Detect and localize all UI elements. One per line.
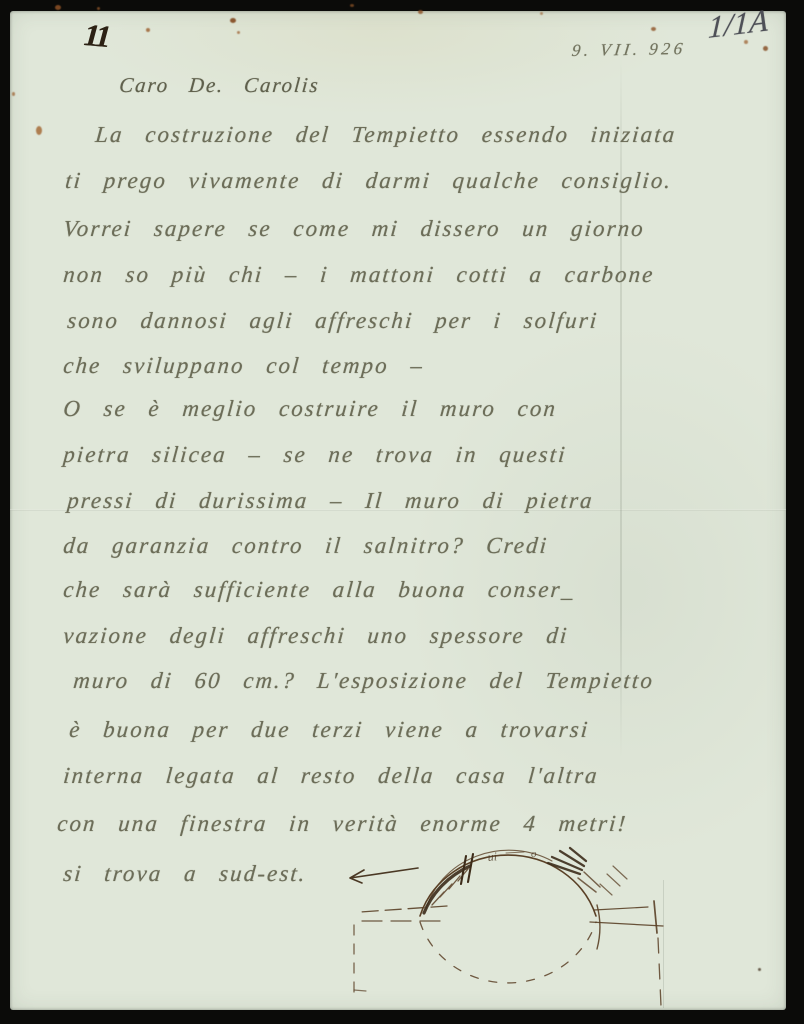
letter-line: è buona per due terzi viene a trovarsi (68, 715, 591, 745)
letter-line: sono dannosi agli affreschi per i solfur… (66, 306, 600, 336)
foxing-spot (540, 12, 543, 15)
arc-scribble: o (531, 848, 537, 860)
page-number-mark: 1/1A (707, 2, 769, 46)
arrow-icon (350, 868, 418, 883)
foxing-spot (36, 126, 42, 135)
foxing-spot (12, 92, 15, 96)
tempietto-plan-sketch: ui o (320, 840, 804, 1012)
foxing-spot (237, 31, 240, 34)
letter-line: da garanzia contro il salnitro? Credi (62, 531, 549, 561)
letter-line: che sarà sufficiente alla buona conser_ (62, 575, 577, 605)
letter-line: vazione degli affreschi uno spessore di (62, 621, 570, 651)
foxing-spot (418, 10, 423, 14)
letter-line: O se è meglio costruire il muro con (62, 394, 558, 424)
arc-scribble: ui (487, 849, 498, 864)
foxing-spot (55, 5, 61, 10)
foxing-spot (763, 46, 768, 51)
letter-line: con una finestra in verità enorme 4 metr… (56, 809, 629, 839)
salutation: Caro De. Carolis (118, 70, 321, 100)
letter-line: La costruzione del Tempietto essendo ini… (94, 120, 678, 150)
letter-line: interna legata al resto della casa l'alt… (62, 761, 600, 791)
letter-line: muro di 60 cm.? L'esposizione del Tempie… (72, 666, 655, 696)
letter-line: pressi di durissima – Il muro di pietra (66, 486, 595, 516)
letter-line: ti prego vivamente di darmi qualche cons… (64, 166, 674, 196)
vertical-fold-crease (620, 58, 622, 758)
foxing-spot (350, 4, 354, 7)
letter-line: che sviluppano col tempo – (62, 351, 425, 381)
letter-line: pietra silicea – se ne trova in questi (62, 440, 568, 470)
filing-mark: 11 (82, 17, 109, 55)
letter-line: non so più chi – i mattoni cotti a carbo… (62, 260, 656, 290)
scanned-letter-photo: 11 9. VII. 926 1/1A Caro De. Carolis La … (0, 0, 804, 1024)
foxing-spot (97, 7, 100, 10)
letter-line: si trova a sud-est. (62, 859, 308, 889)
foxing-spot (651, 27, 656, 31)
foxing-spot (230, 18, 236, 23)
letter-line: Vorrei sapere se come mi dissero un gior… (62, 214, 646, 244)
foxing-spot (146, 28, 150, 32)
letter-date: 9. VII. 926 (571, 39, 688, 61)
